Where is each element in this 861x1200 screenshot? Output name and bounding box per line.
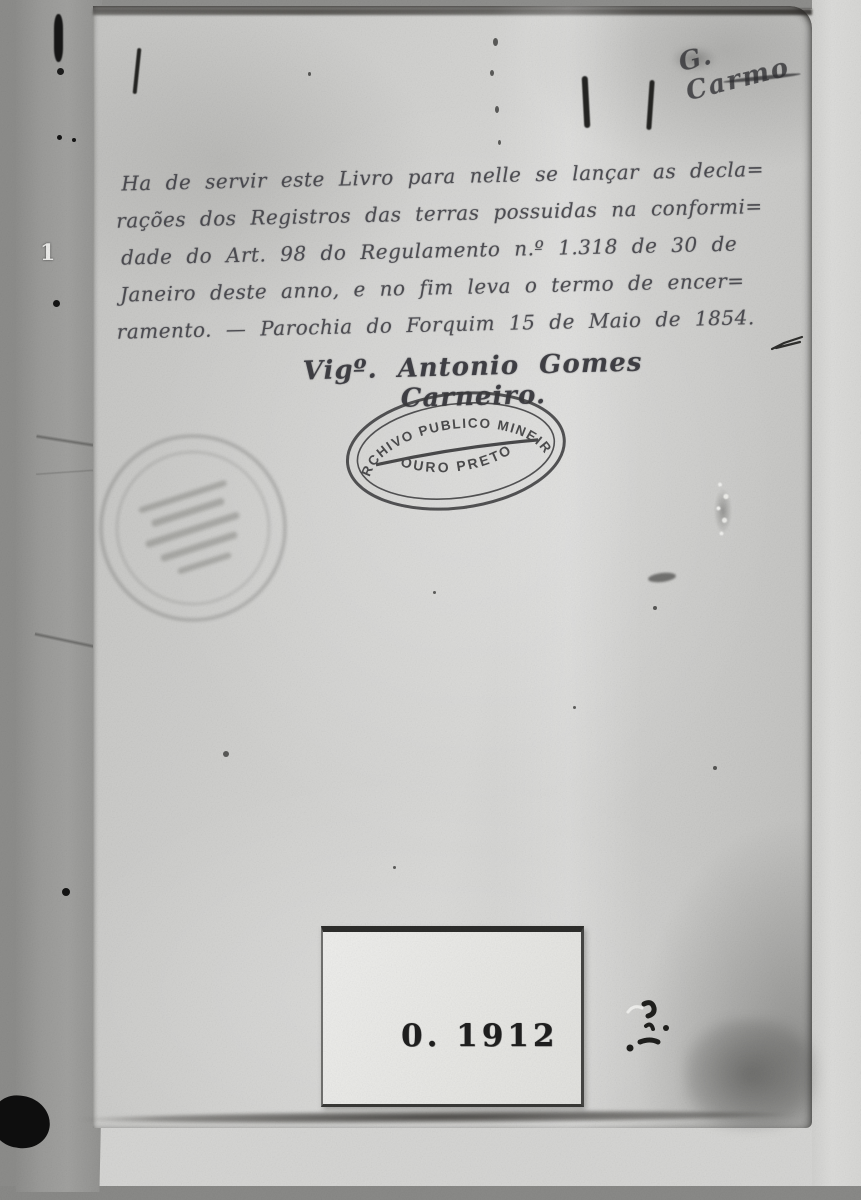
ink-speck [713,766,717,770]
next-page-edge [812,0,861,1192]
ink-speck [573,706,576,709]
manuscript-page: Ha de servir este Livro para nelle se la… [93,6,812,1128]
ink-speck [433,591,436,594]
ink-dot [53,300,60,307]
ink-speck [490,70,494,76]
ink-speck [493,38,498,46]
ink-dot [62,888,70,896]
page-top-edge-shadow [93,9,812,15]
stitch-mark [646,80,654,130]
catalog-number: 0. 1912 [401,1018,558,1054]
under-page-sheet [40,1120,820,1190]
stitch-mark [133,48,142,94]
ink-drip-mark [54,14,63,62]
ink-smudge [648,571,677,583]
ink-speck [653,606,657,610]
ink-dot [57,68,64,75]
binding-numeral-mark: 1 [40,240,58,266]
svg-text:OURO PRETO: OURO PRETO [397,440,516,481]
archive-oval-stamp: ARCHIVO PUBLICO MINEIRO OURO PRETO [334,373,578,530]
squiggle-ink-mark [626,998,672,1058]
stamp-arc-bottom-text: OURO PRETO [397,440,516,481]
corner-annotation: G. Carmo [676,17,818,107]
catalog-label: 0. 1912 [321,926,584,1107]
scanned-manuscript-page: 1 Ha de servir este Livro para nelle se … [0,0,861,1200]
ink-speck [308,72,311,76]
scan-background-bottom [0,1186,861,1200]
correction-streak [708,478,738,544]
ink-dot [72,138,76,142]
handwritten-note: Ha de servir este Livro para nelle se la… [121,150,790,350]
ink-speck [393,866,396,869]
ink-dot [57,135,62,140]
ink-speck [498,140,501,145]
ink-speck [223,751,229,757]
ink-speck [495,106,499,113]
faint-round-stamp [70,405,317,652]
book-binding-strip: 1 [16,0,102,1192]
check-ink-mark [770,333,804,355]
